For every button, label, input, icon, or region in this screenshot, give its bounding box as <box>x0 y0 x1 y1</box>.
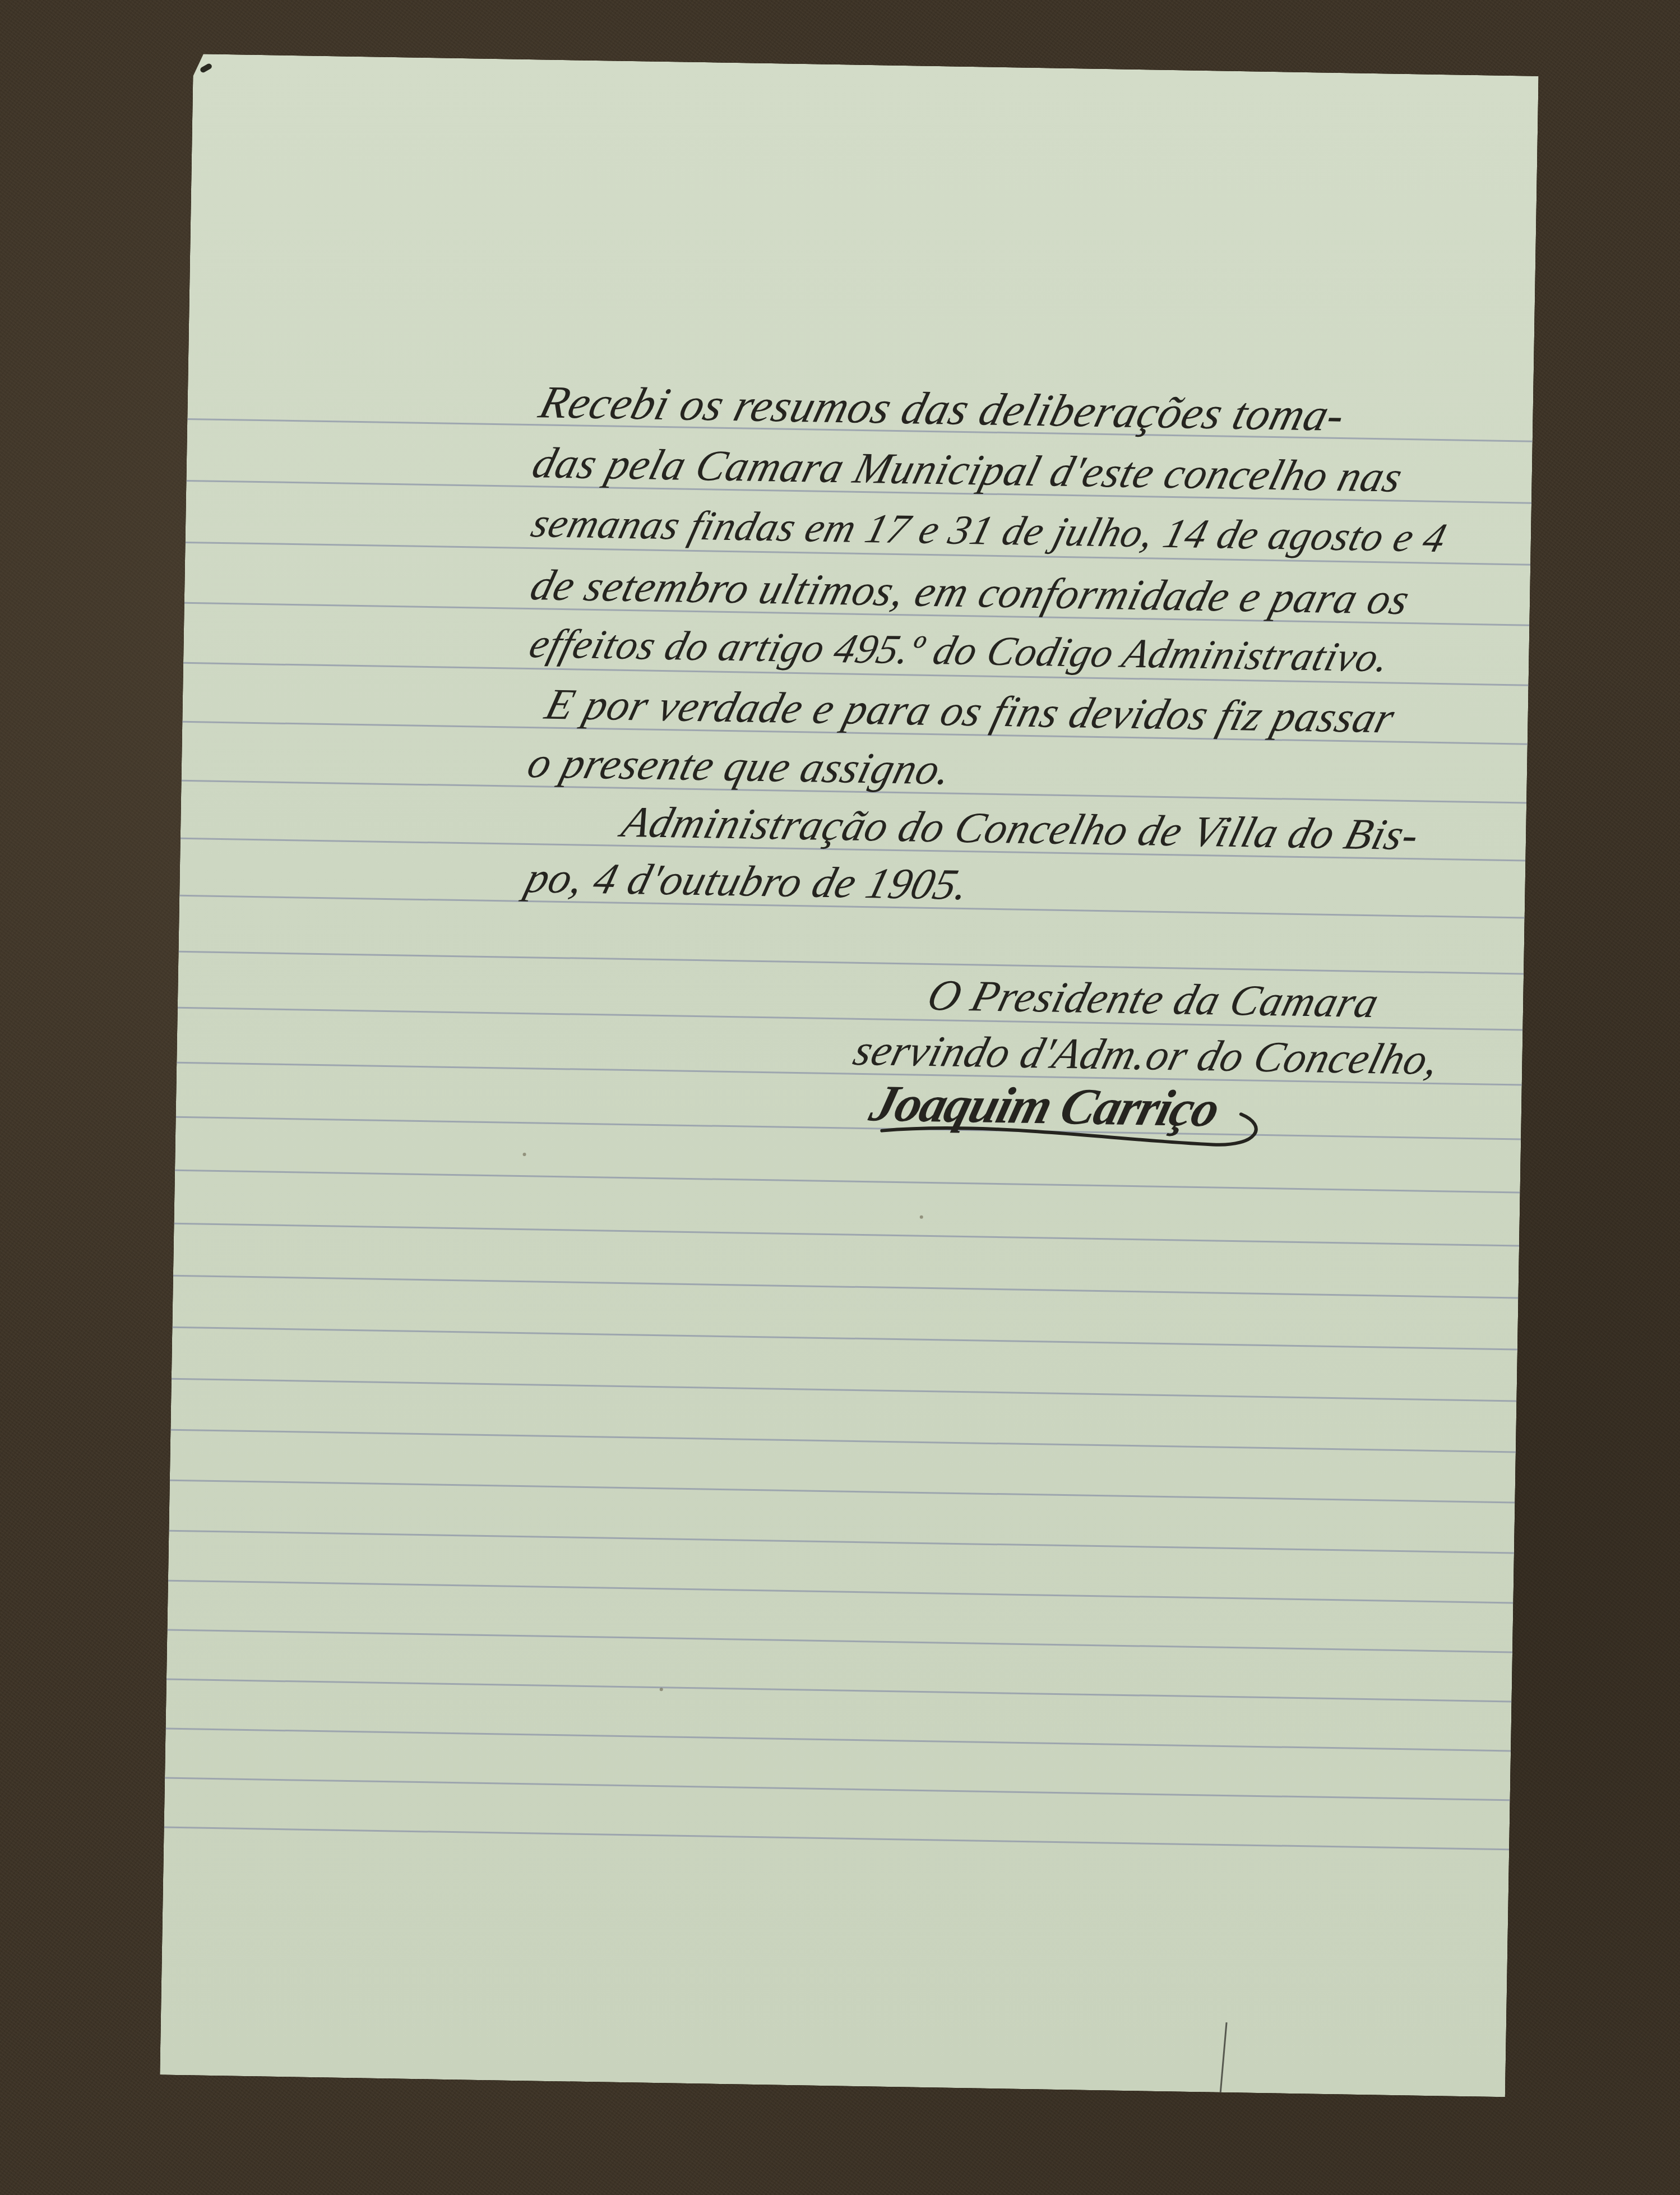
document-page: Recebi os resumos das deliberações toma-… <box>160 54 1538 2097</box>
ruled-line <box>172 1378 1517 1402</box>
paper-spot <box>660 1688 663 1691</box>
paper-spot <box>522 1153 526 1156</box>
ruled-line <box>164 1827 1510 1851</box>
ruled-line <box>167 1629 1512 1653</box>
stray-pen-mark <box>1219 2022 1227 2095</box>
ruled-line <box>165 1777 1510 1801</box>
paper-spot <box>920 1216 923 1219</box>
ruled-line <box>176 1116 1521 1140</box>
ruled-line <box>170 1480 1515 1504</box>
signature-flourish-icon <box>876 1097 1280 1154</box>
ruled-line <box>166 1679 1512 1703</box>
signatory-title: O Presidente da Camara <box>923 973 1384 1024</box>
ruled-line <box>168 1580 1514 1604</box>
body-line-4: de setembro ultimos, em conformidade e p… <box>526 563 1414 621</box>
body-line-6: E por verdade e para os fins devidos fiz… <box>541 682 1399 740</box>
ruled-line <box>165 1728 1511 1752</box>
ruled-line <box>178 951 1524 975</box>
body-line-2: das pela Camara Municipal d'este concelh… <box>528 441 1407 498</box>
signatory-role: servindo d'Adm.or do Concelho, <box>849 1028 1445 1082</box>
ruled-line <box>175 1170 1520 1194</box>
ruled-line <box>173 1275 1519 1299</box>
ruled-line <box>169 1530 1514 1554</box>
ruled-line <box>170 1429 1516 1453</box>
ruled-line <box>174 1223 1519 1247</box>
body-line-7: o presente que assigno. <box>523 741 956 791</box>
corner-ink-mark <box>200 63 213 73</box>
body-line-1: Recebi os resumos das deliberações toma- <box>535 380 1350 438</box>
ruled-line <box>172 1327 1517 1351</box>
date-line: po, 4 d'outubro de 1905. <box>521 856 974 907</box>
